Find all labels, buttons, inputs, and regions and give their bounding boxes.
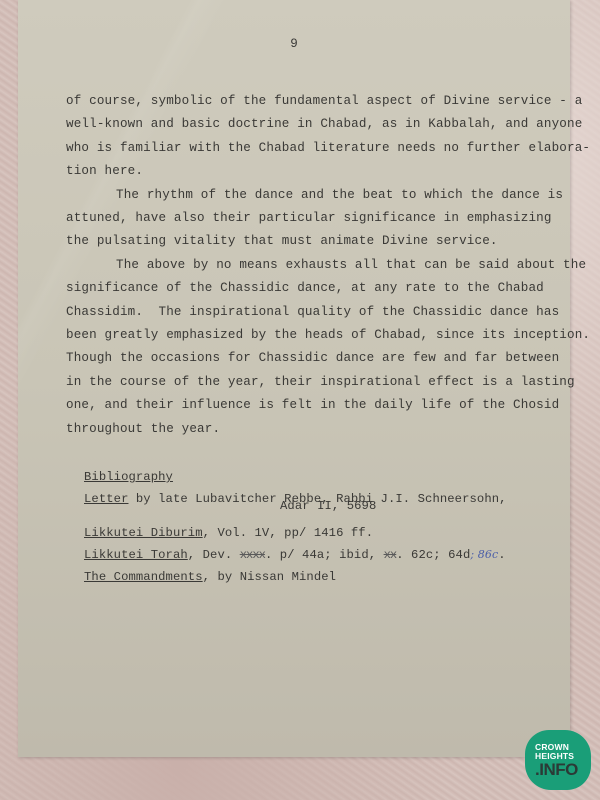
text-line: tion here. <box>66 160 566 183</box>
handwritten-annotation: ; 86c <box>470 548 498 561</box>
bibliography-entry: Likkutei Torah, Dev. xxxx. p/ 44a; ibid,… <box>84 544 554 566</box>
body-text: of course, symbolic of the fundamental a… <box>66 90 566 441</box>
bibliography-entry: Likkutei Diburim, Vol. 1V, pp/ 1416 ff. <box>84 522 554 544</box>
struck-out-text: xxxx <box>240 548 265 562</box>
entry-title: Letter <box>84 492 128 506</box>
text-line: who is familiar with the Chabad literatu… <box>66 137 566 160</box>
text-line: significance of the Chassidic dance, at … <box>66 277 566 300</box>
entry-details: , by Nissan Mindel <box>203 570 336 584</box>
bibliography-entry: The Commandments, by Nissan Mindel <box>84 566 554 588</box>
crownheights-info-logo: CROWN HEIGHTS .INFO <box>525 730 591 790</box>
text-line: one, and their influence is felt in the … <box>66 394 566 417</box>
text-line: throughout the year. <box>66 418 566 441</box>
paragraph-1: of course, symbolic of the fundamental a… <box>66 90 566 184</box>
logo-line-3: .INFO <box>535 761 591 778</box>
entry-details: . 62c; 64d <box>396 548 470 562</box>
text-line: of course, symbolic of the fundamental a… <box>66 90 566 113</box>
struck-out-text: xx <box>384 548 397 562</box>
text-line: well-known and basic doctrine in Chabad,… <box>66 113 566 136</box>
entry-title: Likkutei Torah <box>84 548 188 562</box>
text-line: Though the occasions for Chassidic dance… <box>66 347 566 370</box>
page-number: 9 <box>18 37 570 51</box>
entry-details: . <box>498 548 505 562</box>
bibliography: Bibliography Letter by late Lubavitcher … <box>84 466 554 588</box>
bibliography-heading: Bibliography <box>84 466 554 488</box>
entry-details: , Vol. 1V, pp/ 1416 ff. <box>203 526 374 540</box>
text-line: in the course of the year, their inspira… <box>66 371 566 394</box>
typewritten-page: 9 of course, symbolic of the fundamental… <box>18 0 570 757</box>
paragraph-2: The rhythm of the dance and the beat to … <box>66 184 566 254</box>
text-line: The above by no means exhausts all that … <box>66 254 566 277</box>
entry-details: , Dev. <box>188 548 240 562</box>
paragraph-3: The above by no means exhausts all that … <box>66 254 566 441</box>
text-line: The rhythm of the dance and the beat to … <box>66 184 566 207</box>
text-line: Chassidim. The inspirational quality of … <box>66 301 566 324</box>
entry-title: The Commandments <box>84 570 203 584</box>
text-line: attuned, have also their particular sign… <box>66 207 566 230</box>
text-line: been greatly emphasized by the heads of … <box>66 324 566 347</box>
entry-details: . p/ 44a; ibid, <box>265 548 384 562</box>
entry-title: Likkutei Diburim <box>84 526 203 540</box>
text-line: the pulsating vitality that must animate… <box>66 230 566 253</box>
